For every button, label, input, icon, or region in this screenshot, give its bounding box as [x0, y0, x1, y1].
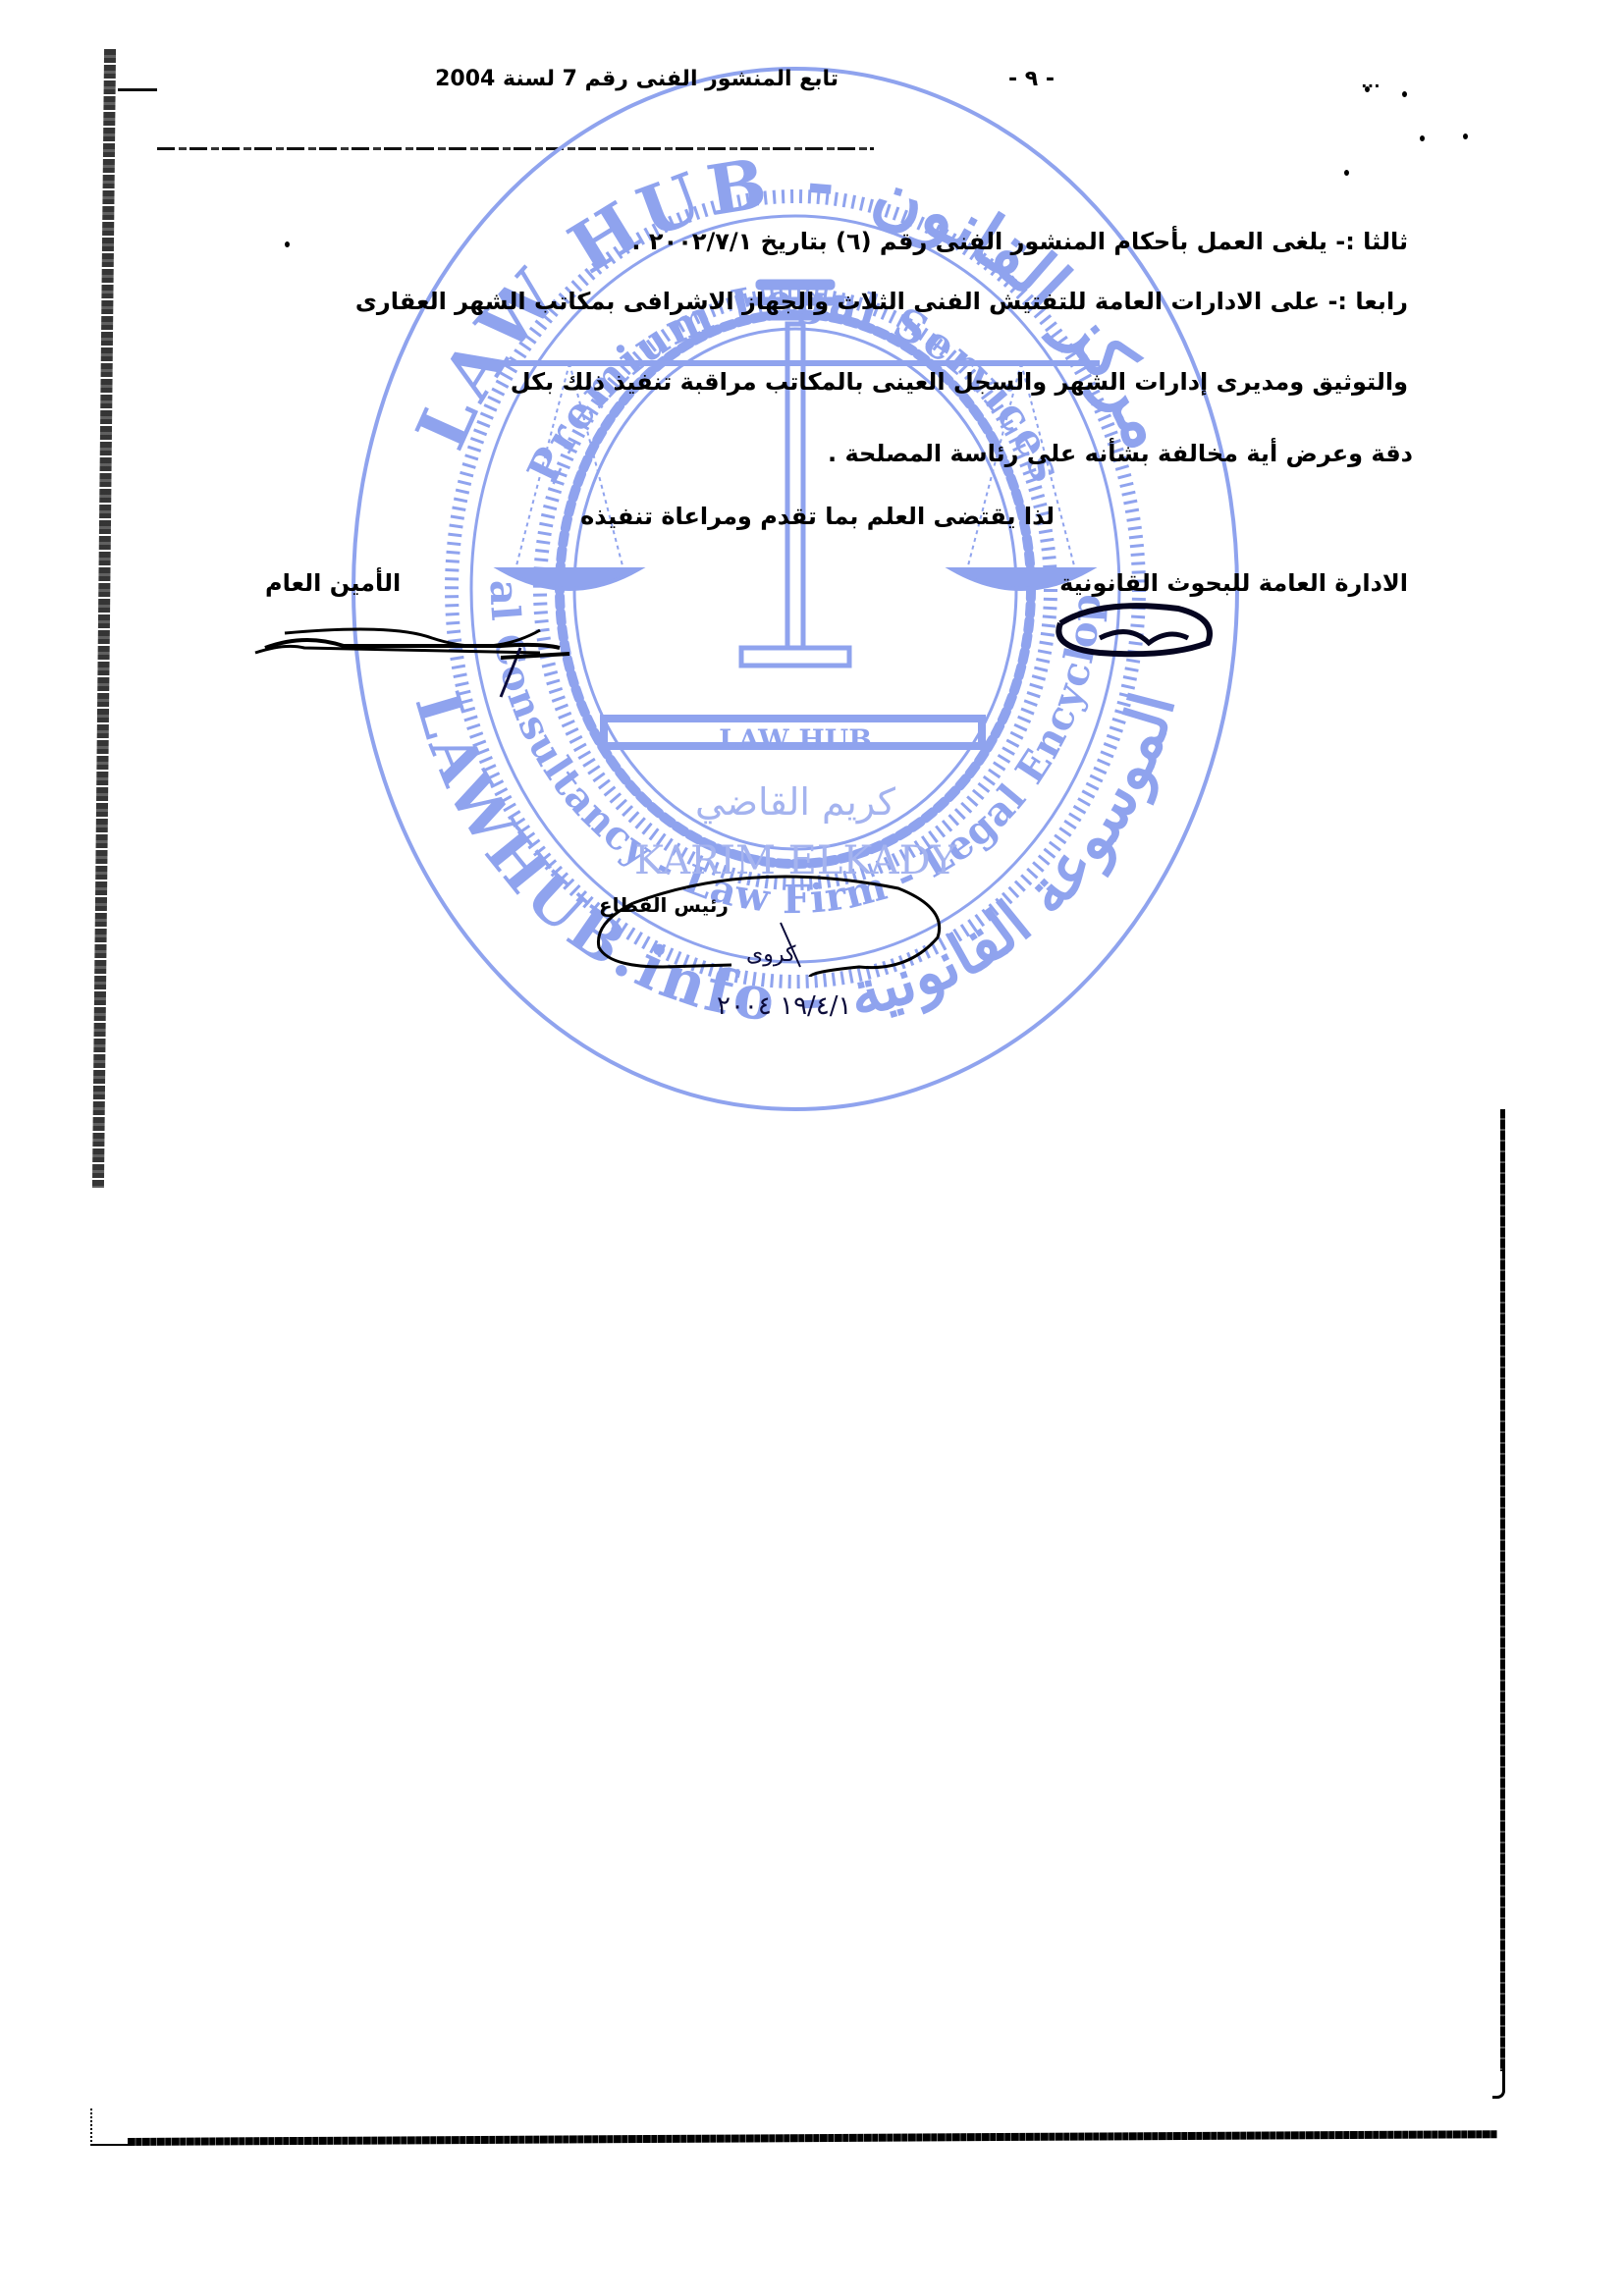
- scan-bottom-edge: [128, 2130, 1497, 2146]
- scan-speck: [1344, 170, 1349, 176]
- scan-speck: [285, 241, 290, 247]
- page-number: - ٩ -: [1008, 67, 1055, 91]
- secretary-general-title: الأمين العام: [265, 569, 401, 597]
- clause-fourth-line-1: رابعا :- على الادارات العامة للتفتيش الف…: [355, 288, 1408, 315]
- scan-speck: [1402, 91, 1407, 97]
- svg-text:كريم القاضي: كريم القاضي: [695, 780, 896, 825]
- clause-fourth-line-3: دقة وعرض أية مخالفة بشأنه على رئاسة المص…: [828, 440, 1413, 467]
- sector-head-title: رئيس القطاع: [599, 893, 729, 917]
- legal-research-dept-title: الادارة العامة للبحوث القانونية: [1059, 569, 1408, 597]
- svg-text:LAW HUB: LAW HUB: [719, 723, 872, 756]
- header-title: تابع المنشور الفنى رقم 7 لسنة 2004: [435, 67, 839, 91]
- header-rule: [157, 147, 874, 150]
- svg-text:KARIM ELKADY: KARIM ELKADY: [634, 838, 957, 883]
- corner-mark: ...: [1361, 73, 1380, 91]
- scan-right-corner: [1492, 2066, 1505, 2099]
- scan-left-tick: [118, 88, 157, 91]
- clause-third: ثالثا :- يلغى العمل بأحكام المنشور الفنى…: [631, 228, 1408, 255]
- closing-statement: لذا يقتضى العلم بما تقدم ومراعاة تنفيذه: [580, 503, 1055, 530]
- scan-right-edge: [1500, 1109, 1505, 2071]
- svg-text:Legal Consultancy - Law Firm -: Legal Consultancy - Law Firm - Legal Enc…: [344, 59, 1110, 923]
- scan-speck: [1420, 135, 1425, 141]
- scan-speck: [1463, 133, 1468, 139]
- stamp-oval: [574, 869, 957, 987]
- scan-left-edge: [92, 49, 116, 1188]
- signature-secretary-general: [245, 618, 599, 707]
- clause-fourth-line-2: والتوثيق ومديرى إدارات الشهر والسجل العي…: [511, 368, 1408, 396]
- svg-text:LAWHUB.info - الموسوعة القانون: LAWHUB.info - الموسوعة القانونية: [401, 684, 1189, 1036]
- signature-legal-research: [1041, 599, 1227, 667]
- stamp-date: ١٩/٤/١ ٢٠٠٤: [717, 991, 852, 1021]
- scan-bottom-corner: [90, 2109, 132, 2146]
- stamp-initials: كروى: [746, 942, 795, 967]
